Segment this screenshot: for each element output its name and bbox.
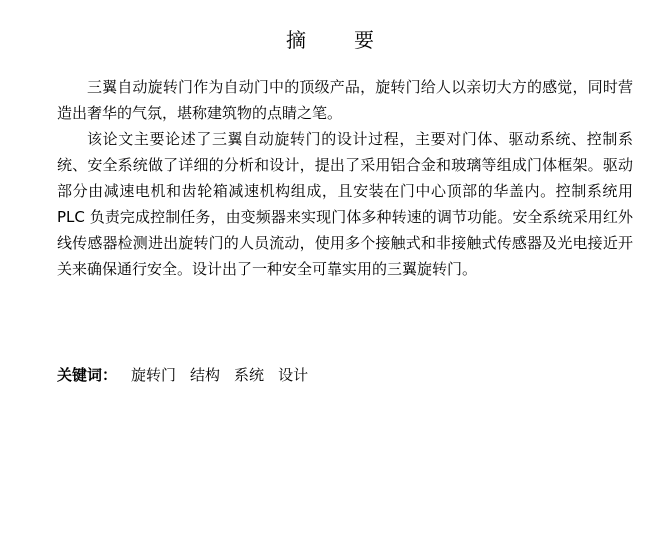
- keyword: 旋转门: [131, 363, 176, 387]
- keyword: 系统: [234, 363, 264, 387]
- abstract-paragraph: 该论文主要论述了三翼自动旋转门的设计过程，主要对门体、驱动系统、控制系统、安全系…: [57, 126, 633, 282]
- keywords-line: 关键词： 旋转门 结构 系统 设计: [57, 363, 322, 387]
- keyword: 结构: [190, 363, 220, 387]
- keyword: 设计: [278, 363, 308, 387]
- abstract-title: 摘 要: [0, 24, 660, 53]
- keywords-label: 关键词：: [57, 363, 117, 387]
- abstract-body: 三翼自动旋转门作为自动门中的顶级产品，旋转门给人以亲切大方的感觉，同时营造出奢华…: [57, 74, 633, 282]
- abstract-paragraph: 三翼自动旋转门作为自动门中的顶级产品，旋转门给人以亲切大方的感觉，同时营造出奢华…: [57, 74, 633, 126]
